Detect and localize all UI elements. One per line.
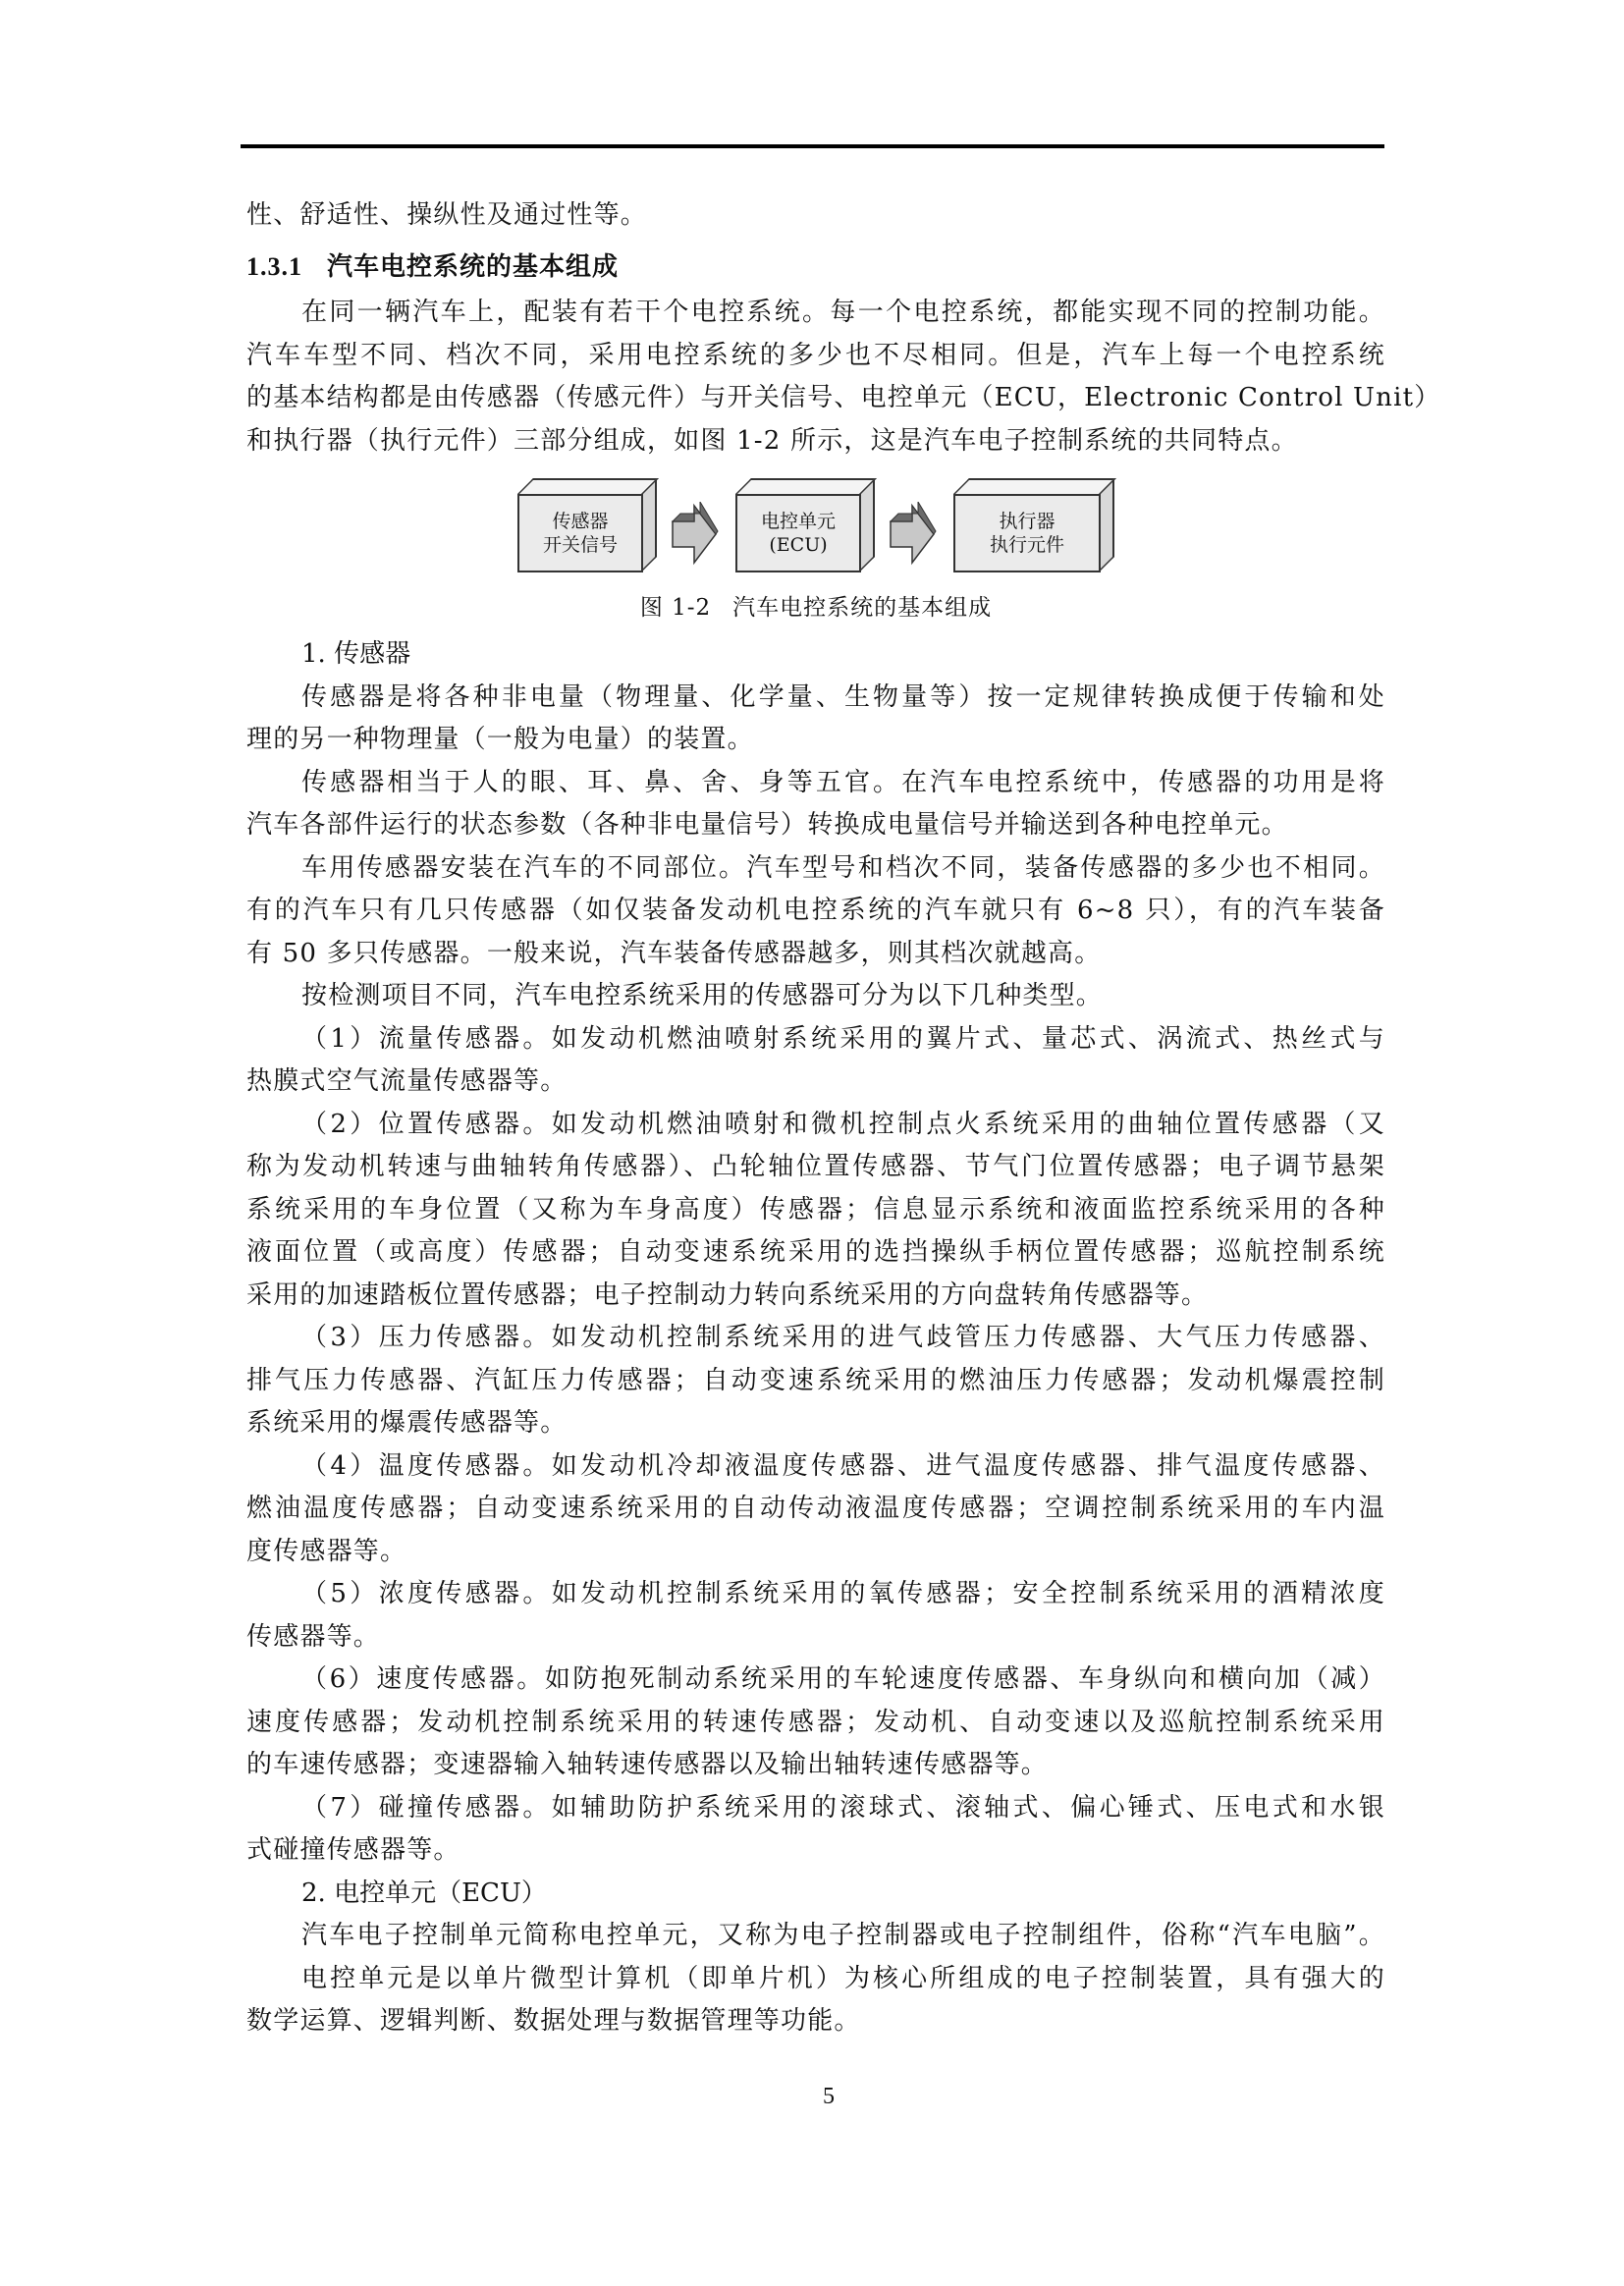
text-line: 系统采用的车身位置（又称为车身高度）传感器；信息显示系统和液面监控系统采用的各种: [246, 1189, 1385, 1232]
sensor-type-position: （2）位置传感器。如发动机燃油喷射和微机控制点火系统采用的曲轴位置传感器（又 称…: [246, 1104, 1385, 1318]
page-number: 5: [823, 2084, 835, 2110]
figure-1-2-diagram: 传感器 开关信号 电控单元 (ECU) 执行器 执行元件: [246, 474, 1385, 582]
box-label-line1: 传感器: [552, 510, 608, 533]
text-line: 排气压力传感器、汽缸压力传感器；自动变速系统采用的燃油压力传感器；发动机爆震控制: [246, 1360, 1385, 1403]
text-line: 汽车车型不同、档次不同，采用电控系统的多少也不尽相同。但是，汽车上每一个电控系统: [246, 335, 1385, 378]
text-line: 度传感器等。: [246, 1531, 1385, 1574]
text-line: （3）压力传感器。如发动机控制系统采用的进气歧管压力传感器、大气压力传感器、: [246, 1317, 1385, 1360]
text-line: 和执行器（执行元件）三部分组成，如图 1-2 所示，这是汽车电子控制系统的共同特…: [246, 420, 1385, 463]
paragraph: 电控单元是以单片微型计算机（即单片机）为核心所组成的电子控制装置，具有强大的 数…: [246, 1958, 1385, 2043]
text-line: 系统采用的爆震传感器等。: [246, 1402, 1385, 1445]
page-body: 性、舒适性、操纵性及通过性等。 1.3.1汽车电控系统的基本组成 在同一辆汽车上…: [246, 194, 1385, 2043]
text-line: 传感器是将各种非电量（物理量、化学量、生物量等）按一定规律转换成便于传输和处: [246, 677, 1385, 720]
box-bevel-top: [735, 478, 877, 494]
sensor-type-flow: （1）流量传感器。如发动机燃油喷射系统采用的翼片式、量芯式、涡流式、热丝式与 热…: [246, 1018, 1385, 1104]
figure-caption: 图 1-2汽车电控系统的基本组成: [246, 590, 1385, 626]
paragraph: 车用传感器安装在汽车的不同部位。汽车型号和档次不同，装备传感器的多少也不相同。 …: [246, 847, 1385, 976]
box-bevel-top: [953, 478, 1116, 494]
section-heading: 1.3.1汽车电控系统的基本组成: [246, 245, 1385, 289]
text-line: 采用的加速踏板位置传感器；电子控制动力转向系统采用的方向盘转角传感器等。: [246, 1275, 1385, 1318]
box-bevel-side: [641, 478, 657, 572]
text-line: 电控单元是以单片微型计算机（即单片机）为核心所组成的电子控制装置，具有强大的: [246, 1958, 1385, 2001]
intro-paragraph: 在同一辆汽车上，配装有若干个电控系统。每一个电控系统，都能实现不同的控制功能。 …: [246, 292, 1385, 463]
text-line: 有的汽车只有几只传感器（如仅装备发动机电控系统的汽车就只有 6~8 只），有的汽…: [246, 890, 1385, 933]
section-number: 1.3.1: [246, 245, 327, 289]
text-line: 在同一辆汽车上，配装有若干个电控系统。每一个电控系统，都能实现不同的控制功能。: [246, 292, 1385, 335]
text-line: 称为发动机转速与曲轴转角传感器）、凸轮轴位置传感器、节气门位置传感器；电子调节悬…: [246, 1146, 1385, 1189]
sensor-box: 传感器 开关信号: [517, 494, 643, 572]
text-line: 速度传感器；发动机控制系统采用的转速传感器；发动机、自动变速以及巡航控制系统采用: [246, 1702, 1385, 1745]
figure-number: 图 1-2: [640, 595, 711, 621]
text-line: 有 50 多只传感器。一般来说，汽车装备传感器越多，则其档次就越高。: [246, 933, 1385, 976]
sensor-type-pressure: （3）压力传感器。如发动机控制系统采用的进气歧管压力传感器、大气压力传感器、 排…: [246, 1317, 1385, 1445]
text-line: 理的另一种物理量（一般为电量）的装置。: [246, 719, 1385, 762]
text-line: 汽车各部件运行的状态参数（各种非电量信号）转换成电量信号并输送到各种电控单元。: [246, 804, 1385, 847]
text-line: 的基本结构都是由传感器（传感元件）与开关信号、电控单元（ECU，Electron…: [246, 377, 1385, 420]
text-line: 数学运算、逻辑判断、数据处理与数据管理等功能。: [246, 2000, 1385, 2043]
right-arrow-icon: [669, 502, 720, 567]
text-line: 燃油温度传感器；自动变速系统采用的自动传动液温度传感器；空调控制系统采用的车内温: [246, 1488, 1385, 1531]
text-line: 汽车电子控制单元简称电控单元，又称为电子控制器或电子控制组件，俗称“汽车电脑”。: [246, 1915, 1385, 1958]
section-title: 汽车电控系统的基本组成: [327, 252, 619, 281]
header-rule: [241, 144, 1384, 148]
text-line: （5）浓度传感器。如发动机控制系统采用的氧传感器；安全控制系统采用的酒精浓度: [246, 1573, 1385, 1616]
box-bevel-side: [1099, 478, 1114, 572]
actuator-box: 执行器 执行元件: [953, 494, 1101, 572]
text-line: 式碰撞传感器等。: [246, 1829, 1385, 1873]
text-line: （1）流量传感器。如发动机燃油喷射系统采用的翼片式、量芯式、涡流式、热丝式与: [246, 1018, 1385, 1061]
box-label-line2: (ECU): [769, 533, 827, 557]
continuation-line: 性、舒适性、操纵性及通过性等。: [246, 194, 1385, 238]
sensor-type-speed: （6）速度传感器。如防抱死制动系统采用的车轮速度传感器、车身纵向和横向加（减） …: [246, 1659, 1385, 1787]
text-line: （7）碰撞传感器。如辅助防护系统采用的滚球式、滚轴式、偏心锤式、压电式和水银: [246, 1787, 1385, 1830]
right-arrow-icon: [887, 502, 938, 567]
text-line: 按检测项目不同，汽车电控系统采用的传感器可分为以下几种类型。: [246, 975, 1385, 1018]
box-label-line2: 开关信号: [543, 533, 618, 557]
text-line: （6）速度传感器。如防抱死制动系统采用的车轮速度传感器、车身纵向和横向加（减）: [246, 1659, 1385, 1702]
text-line: 传感器相当于人的眼、耳、鼻、舍、身等五官。在汽车电控系统中，传感器的功用是将: [246, 762, 1385, 805]
ecu-box: 电控单元 (ECU): [735, 494, 861, 572]
box-label-line2: 执行元件: [990, 533, 1064, 557]
text-line: 车用传感器安装在汽车的不同部位。汽车型号和档次不同，装备传感器的多少也不相同。: [246, 847, 1385, 891]
paragraph: 按检测项目不同，汽车电控系统采用的传感器可分为以下几种类型。: [246, 975, 1385, 1018]
sensor-type-temperature: （4）温度传感器。如发动机冷却液温度传感器、进气温度传感器、排气温度传感器、 燃…: [246, 1445, 1385, 1574]
text-line: 液面位置（或高度）传感器；自动变速系统采用的选挡操纵手柄位置传感器；巡航控制系统: [246, 1231, 1385, 1275]
text-line: 的车速传感器；变速器输入轴转速传感器以及输出轴转速传感器等。: [246, 1744, 1385, 1787]
box-bevel-top: [517, 478, 659, 494]
box-label-line1: 执行器: [999, 510, 1055, 533]
text-line: 传感器等。: [246, 1616, 1385, 1660]
paragraph: 汽车电子控制单元简称电控单元，又称为电子控制器或电子控制组件，俗称“汽车电脑”。: [246, 1915, 1385, 1958]
text-line: （4）温度传感器。如发动机冷却液温度传感器、进气温度传感器、排气温度传感器、: [246, 1445, 1385, 1489]
box-label-line1: 电控单元: [761, 510, 836, 533]
text-line: 热膜式空气流量传感器等。: [246, 1061, 1385, 1104]
figure-caption-text: 汽车电控系统的基本组成: [732, 595, 992, 621]
paragraph: 传感器是将各种非电量（物理量、化学量、生物量等）按一定规律转换成便于传输和处 理…: [246, 677, 1385, 762]
sensor-type-concentration: （5）浓度传感器。如发动机控制系统采用的氧传感器；安全控制系统采用的酒精浓度 传…: [246, 1573, 1385, 1659]
subsection-heading-sensors: 1. 传感器: [246, 633, 1385, 677]
box-bevel-side: [859, 478, 875, 572]
subsection-heading-ecu: 2. 电控单元（ECU）: [246, 1873, 1385, 1916]
paragraph: 传感器相当于人的眼、耳、鼻、舍、身等五官。在汽车电控系统中，传感器的功用是将 汽…: [246, 762, 1385, 847]
sensor-type-collision: （7）碰撞传感器。如辅助防护系统采用的滚球式、滚轴式、偏心锤式、压电式和水银 式…: [246, 1787, 1385, 1873]
text-line: （2）位置传感器。如发动机燃油喷射和微机控制点火系统采用的曲轴位置传感器（又: [246, 1104, 1385, 1147]
